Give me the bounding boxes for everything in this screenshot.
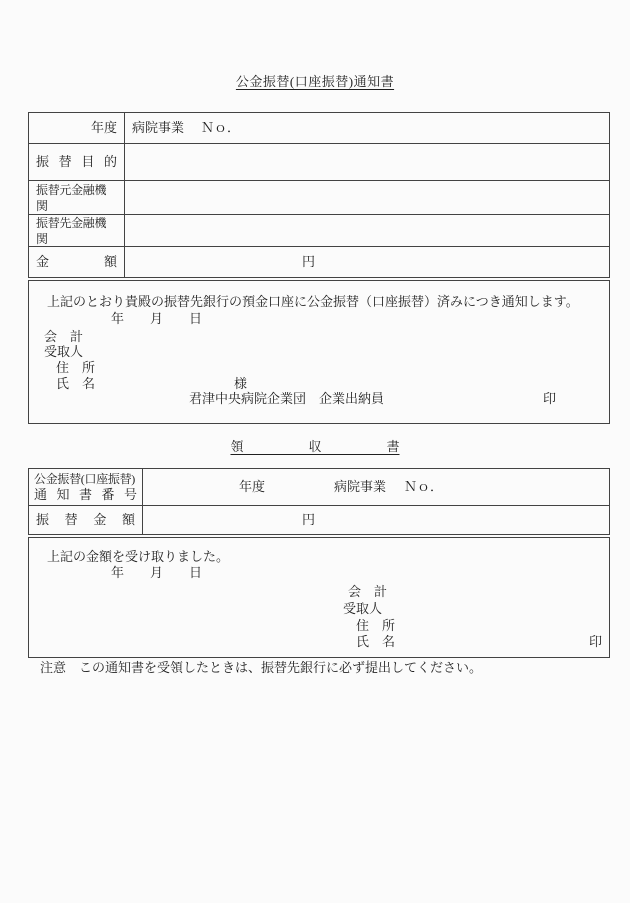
date-line: 年 月 日: [111, 565, 202, 581]
table-row-transfer-amount: 振替金額 円: [29, 506, 609, 534]
date-line: 年 月 日: [111, 311, 202, 327]
fiscal-year-cell: 年度: [29, 113, 125, 143]
doc-title-text: 公金振替(口座振替)通知書: [236, 74, 394, 89]
amount-label: 金額: [36, 254, 117, 270]
number-label: Ｎｏ．: [404, 479, 443, 495]
seal-mark: 印: [543, 391, 556, 407]
destination-bank-label-cell: 振替先金融機関: [29, 215, 125, 246]
source-bank-label-cell: 振替元金融機関: [29, 181, 125, 214]
destination-bank-label: 振替先金融機関: [36, 215, 117, 247]
name-label: 氏 名: [56, 376, 95, 392]
address-label: 住 所: [356, 618, 395, 634]
receipt-title: 領 収 書: [0, 439, 630, 455]
transfer-notice-document: 公金振替(口座振替)通知書 年度 病院事業 Ｎｏ． 振替目的 振替元金融機関: [0, 0, 630, 903]
source-bank-field: [125, 181, 609, 214]
source-bank-label: 振替元金融機関: [36, 182, 117, 214]
seal-mark: 印: [589, 634, 602, 650]
receipt-statement-box: 上記の金額を受け取りました。 年 月 日 会 計 受取人 住 所 氏 名 印: [28, 537, 610, 658]
receipt-title-text: 領 収 書: [230, 439, 399, 454]
table-row-notice-number: 公金振替(口座振替) 通知書番号 年度 病院事業 Ｎｏ．: [29, 469, 609, 506]
name-label: 氏 名: [356, 634, 395, 650]
notice-statement-box: 上記のとおり貴殿の振替先銀行の預金口座に公金振替（口座振替）済みにつき通知します…: [28, 280, 610, 424]
fiscal-year-value-cell: 病院事業 Ｎｏ．: [125, 113, 609, 143]
amount-field: 円: [125, 247, 609, 277]
table-row-destination-bank: 振替先金融機関: [29, 215, 609, 247]
payee-label: 受取人: [343, 601, 382, 617]
amount-label-cell: 金額: [29, 247, 125, 277]
transfer-amount-field: 円: [143, 506, 609, 534]
notice-number-value-cell: 年度 病院事業 Ｎｏ．: [143, 469, 609, 505]
yen-unit: 円: [302, 254, 315, 270]
notice-number-label-cell: 公金振替(口座振替) 通知書番号: [29, 469, 143, 505]
address-label: 住 所: [56, 360, 95, 376]
fiscal-year-label: 年度: [239, 479, 265, 495]
hospital-business-label: 病院事業: [132, 120, 184, 136]
notice-statement: 上記のとおり貴殿の振替先銀行の預金口座に公金振替（口座振替）済みにつき通知します…: [47, 294, 579, 310]
hospital-business-label: 病院事業: [334, 479, 386, 495]
yen-unit: 円: [302, 512, 315, 528]
table-row-amount: 金額 円: [29, 247, 609, 277]
accounting-label: 会 計: [44, 329, 83, 345]
notice-table: 年度 病院事業 Ｎｏ． 振替目的 振替元金融機関 振替先金融機関: [28, 112, 610, 278]
transfer-amount-label-cell: 振替金額: [29, 506, 143, 534]
notice-number-label-line1: 公金振替(口座振替): [34, 471, 137, 487]
caution-note: 注意 この通知書を受領したときは、振替先銀行に必ず提出してください。: [40, 660, 482, 676]
receipt-table: 公金振替(口座振替) 通知書番号 年度 病院事業 Ｎｏ． 振替金額 円: [28, 468, 610, 535]
accounting-label: 会 計: [348, 584, 387, 600]
table-row-source-bank: 振替元金融機関: [29, 181, 609, 215]
table-row-purpose: 振替目的: [29, 144, 609, 181]
purpose-field: [125, 144, 609, 180]
fiscal-year-label: 年度: [91, 120, 117, 136]
number-label: Ｎｏ．: [201, 120, 240, 136]
honorific-sama: 様: [234, 376, 247, 392]
receipt-statement: 上記の金額を受け取りました。: [47, 549, 229, 565]
destination-bank-field: [125, 215, 609, 246]
doc-title: 公金振替(口座振替)通知書: [0, 74, 630, 90]
payee-label: 受取人: [44, 344, 83, 360]
purpose-label-cell: 振替目的: [29, 144, 125, 180]
transfer-purpose-label: 振替目的: [36, 154, 117, 170]
table-row-fiscal-year: 年度 病院事業 Ｎｏ．: [29, 113, 609, 144]
issuer-name: 君津中央病院企業団 企業出納員: [189, 391, 384, 407]
notice-number-label-line2: 通知書番号: [34, 487, 137, 503]
transfer-amount-label: 振替金額: [36, 512, 135, 528]
